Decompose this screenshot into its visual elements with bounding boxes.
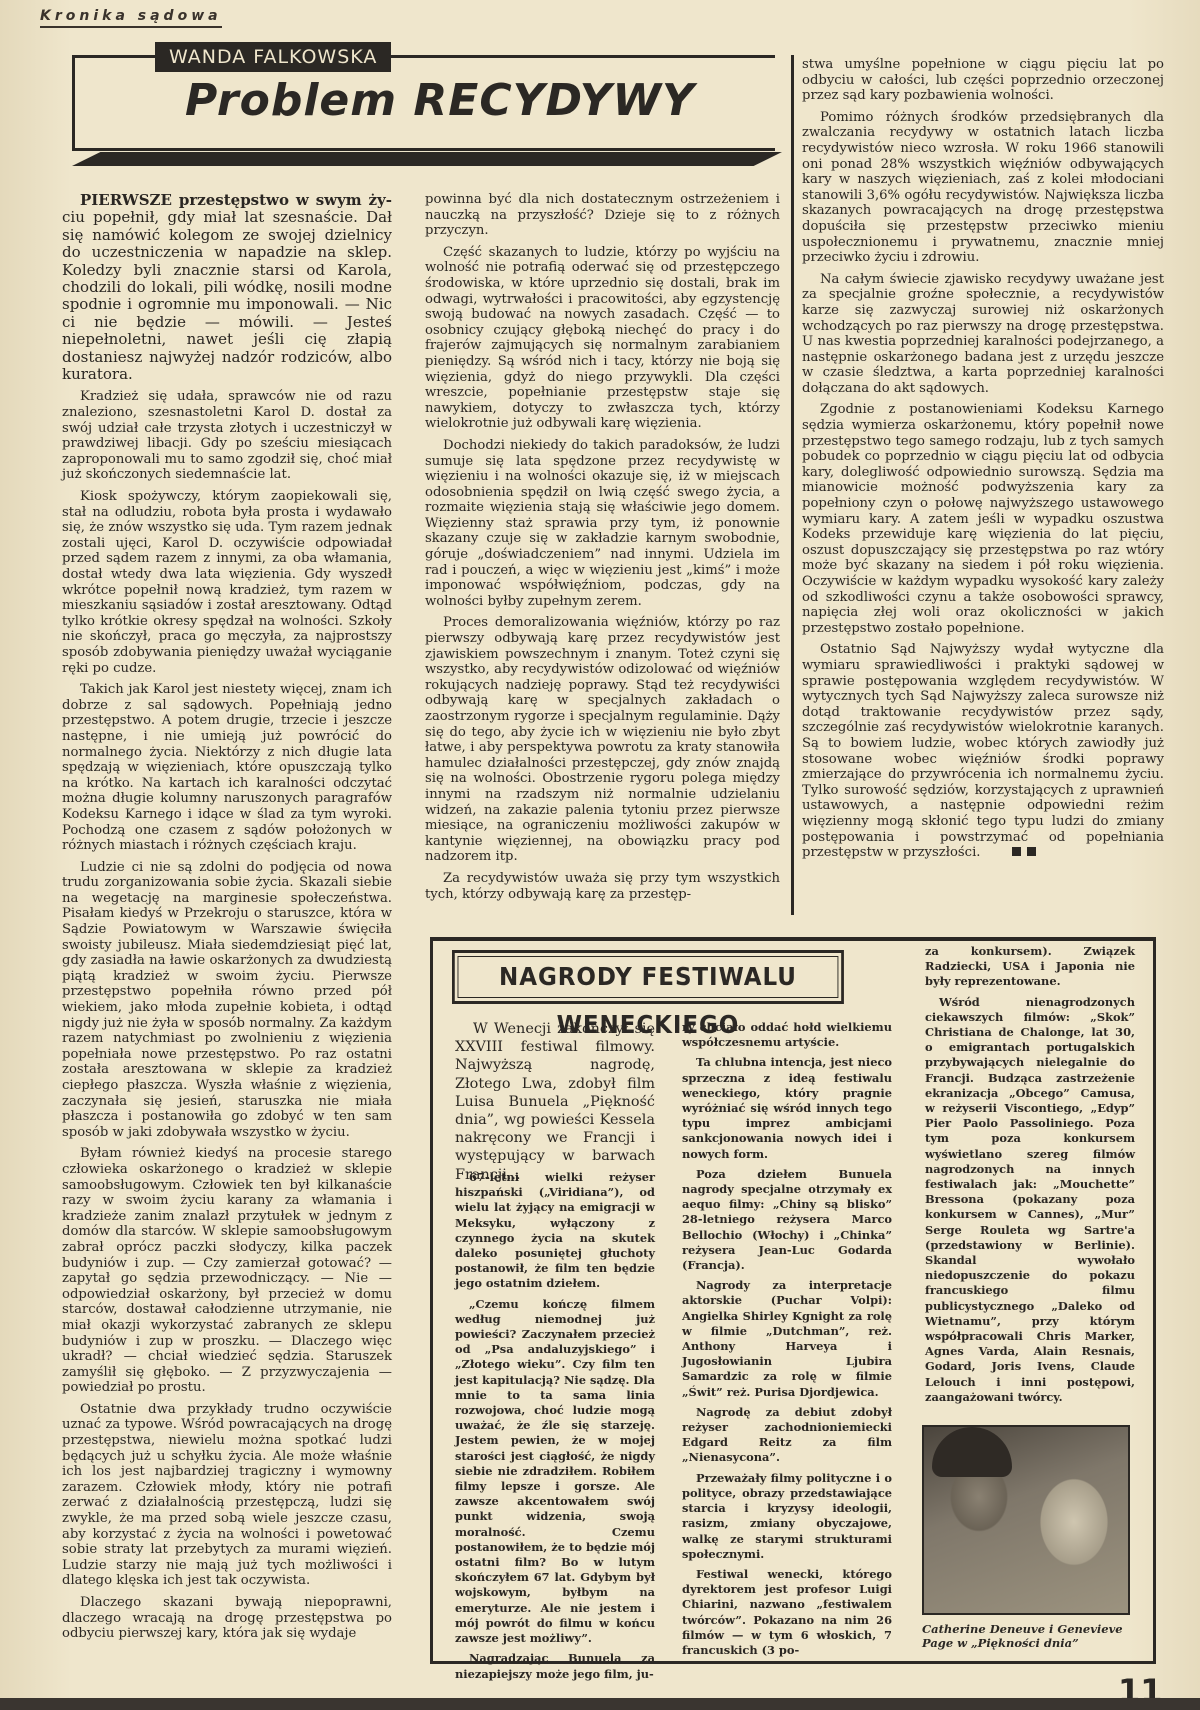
paragraph: 67-letni wielki reżyser hiszpański („Vir… bbox=[455, 1170, 655, 1292]
column-divider bbox=[791, 55, 794, 915]
paragraph-text: Festiwal wenecki, którego dyrektorem jes… bbox=[682, 1567, 892, 1657]
paragraph-text: powinna być dla nich dostatecznym ostrze… bbox=[425, 192, 780, 238]
paragraph: Na całym świecie zjawisko recydywy uważa… bbox=[802, 272, 1164, 397]
paragraph: Kradzież się udała, sprawców nie od razu… bbox=[62, 389, 392, 483]
paragraph: ry chciało oddać hołd wielkiemu współcze… bbox=[682, 1020, 892, 1050]
paragraph-text: W Wenecji zakończył się XXVIII festiwal … bbox=[455, 1021, 655, 1183]
paragraph: Dlaczego skazani bywają niepoprawni, dla… bbox=[62, 1595, 392, 1642]
paragraph-text: Kiosk spożywczy, którym zaopiekowali się… bbox=[62, 489, 392, 676]
end-of-article-marks bbox=[988, 845, 1036, 861]
lead-in: PIERWSZE przestępstwo w swym ży- bbox=[80, 191, 392, 209]
festival-sidebar-title: NAGRODY FESTIWALU WENECKIEGO bbox=[452, 950, 844, 1004]
paragraph-text: Kradzież się udała, sprawców nie od razu… bbox=[62, 389, 392, 482]
title-underline-bar bbox=[72, 152, 782, 166]
paragraph-text: „Czemu kończę filmem według niemodnej ju… bbox=[455, 1297, 655, 1645]
paragraph: W Wenecji zakończył się XXVIII festiwal … bbox=[455, 1020, 655, 1184]
paragraph-text: Na całym świecie zjawisko recydywy uważa… bbox=[802, 272, 1164, 396]
paragraph-text: Ludzie ci nie są zdolni do podjęcia od n… bbox=[62, 860, 392, 1140]
paragraph: Festiwal wenecki, którego dyrektorem jes… bbox=[682, 1567, 892, 1658]
paragraph-text: Ostatnio Sąd Najwyższy wydał wytyczne dl… bbox=[802, 642, 1164, 860]
paragraph: Poza dziełem Bunuela nagrody specjalne o… bbox=[682, 1167, 892, 1273]
paragraph-text: Nagrody za interpretacje aktorskie (Puch… bbox=[682, 1278, 892, 1398]
paragraph: Ostatnio Sąd Najwyższy wydał wytyczne dl… bbox=[802, 642, 1164, 860]
article-column-1: PIERWSZE przestępstwo w swym ży- ciu pop… bbox=[62, 192, 392, 1648]
paragraph: „Czemu kończę filmem według niemodnej ju… bbox=[455, 1297, 655, 1647]
paragraph: Proces demoralizowania więźniów, którzy … bbox=[425, 615, 780, 865]
paragraph-text: ry chciało oddać hołd wielkiemu współcze… bbox=[682, 1020, 892, 1049]
paragraph-text: Przeważały filmy polityczne i o polityce… bbox=[682, 1471, 892, 1561]
paragraph-text: Dlaczego skazani bywają niepoprawni, dla… bbox=[62, 1595, 392, 1641]
film-still-photo bbox=[922, 1425, 1130, 1615]
paragraph: powinna być dla nich dostatecznym ostrze… bbox=[425, 192, 780, 239]
photo-figure bbox=[932, 1427, 1012, 1477]
paragraph-text: Część skazanych to ludzie, którzy po wyj… bbox=[425, 245, 780, 432]
article-column-2: powinna być dla nich dostatecznym ostrze… bbox=[425, 192, 780, 908]
paragraph: Ta chlubna intencja, jest nieco sprzeczn… bbox=[682, 1055, 892, 1161]
article-title: Problem RECYDYWY bbox=[185, 75, 695, 126]
paragraph: Pomimo różnych środków przedsiębranych d… bbox=[802, 110, 1164, 266]
paragraph: Wśród nienagrodzonych ciekawszych filmów… bbox=[925, 995, 1135, 1405]
paragraph-text: 67-letni wielki reżyser hiszpański („Vir… bbox=[455, 1170, 655, 1290]
paragraph-text: Takich jak Karol jest niestety więcej, z… bbox=[62, 682, 392, 853]
paragraph: PIERWSZE przestępstwo w swym ży- ciu pop… bbox=[62, 192, 392, 383]
paragraph-text: Dochodzi niekiedy do takich paradoksów, … bbox=[425, 438, 780, 609]
paragraph: Nagrodę za debiut zdobył reżyser zachodn… bbox=[682, 1405, 892, 1466]
paragraph: Takich jak Karol jest niestety więcej, z… bbox=[62, 682, 392, 854]
paragraph: Ostatnie dwa przykłady trudno oczywiście… bbox=[62, 1402, 392, 1589]
festival-column-a: 67-letni wielki reżyser hiszpański („Vir… bbox=[455, 1170, 655, 1687]
festival-column-a-lead: W Wenecji zakończył się XXVIII festiwal … bbox=[455, 1020, 655, 1190]
paragraph: Za recydywistów uważa się przy tym wszys… bbox=[425, 871, 780, 902]
paragraph: Dochodzi niekiedy do takich paradoksów, … bbox=[425, 438, 780, 610]
paragraph-text: ciu popełnił, gdy miał lat szesnaście. D… bbox=[62, 208, 392, 383]
paragraph-text: Poza dziełem Bunuela nagrody specjalne o… bbox=[682, 1167, 892, 1272]
paragraph-text: Byłam również kiedyś na procesie starego… bbox=[62, 1146, 392, 1395]
article-column-3: stwa umyślne popełnione w ciągu pięciu l… bbox=[802, 57, 1164, 867]
paragraph: stwa umyślne popełnione w ciągu pięciu l… bbox=[802, 57, 1164, 104]
paragraph-text: Za recydywistów uważa się przy tym wszys… bbox=[425, 871, 780, 902]
paragraph: Zgodnie z postanowieniami Kodeksu Karneg… bbox=[802, 402, 1164, 636]
paragraph: Byłam również kiedyś na procesie starego… bbox=[62, 1146, 392, 1396]
page-edge bbox=[0, 1698, 1200, 1710]
paragraph-text: Zgodnie z postanowieniami Kodeksu Karneg… bbox=[802, 402, 1164, 635]
paragraph: Nagrody za interpretacje aktorskie (Puch… bbox=[682, 1278, 892, 1400]
paragraph-text: Ostatnie dwa przykłady trudno oczywiście… bbox=[62, 1402, 392, 1589]
paragraph: Ludzie ci nie są zdolni do podjęcia od n… bbox=[62, 860, 392, 1141]
paragraph: Część skazanych to ludzie, którzy po wyj… bbox=[425, 245, 780, 432]
paragraph: Nagradzając Bunuela za niezapiejszy może… bbox=[455, 1651, 655, 1681]
festival-column-c: za konkursem). Związek Radziecki, USA i … bbox=[925, 944, 1135, 1410]
author-name: WANDA FALKOWSKA bbox=[155, 42, 391, 72]
paragraph: za konkursem). Związek Radziecki, USA i … bbox=[925, 944, 1135, 990]
photo-caption: Catherine Deneuve i Genevieve Page w „Pi… bbox=[922, 1622, 1132, 1650]
paragraph-text: Nagradzając Bunuela za niezapiejszy może… bbox=[455, 1651, 655, 1680]
section-label: Kronika sądowa bbox=[40, 8, 222, 28]
paragraph-text: za konkursem). Związek Radziecki, USA i … bbox=[925, 944, 1135, 988]
paragraph: Przeważały filmy polityczne i o polityce… bbox=[682, 1471, 892, 1562]
paragraph-text: Nagrodę za debiut zdobył reżyser zachodn… bbox=[682, 1405, 892, 1465]
paragraph-text: Pomimo różnych środków przedsiębranych d… bbox=[802, 110, 1164, 265]
paragraph-text: Ta chlubna intencja, jest nieco sprzeczn… bbox=[682, 1055, 892, 1160]
paragraph-text: Proces demoralizowania więźniów, którzy … bbox=[425, 615, 780, 864]
paragraph-text: Wśród nienagrodzonych ciekawszych filmów… bbox=[925, 995, 1135, 1404]
festival-column-b: ry chciało oddać hołd wielkiemu współcze… bbox=[682, 1020, 892, 1663]
paragraph: Kiosk spożywczy, którym zaopiekowali się… bbox=[62, 489, 392, 676]
paragraph-text: stwa umyślne popełnione w ciągu pięciu l… bbox=[802, 57, 1164, 103]
